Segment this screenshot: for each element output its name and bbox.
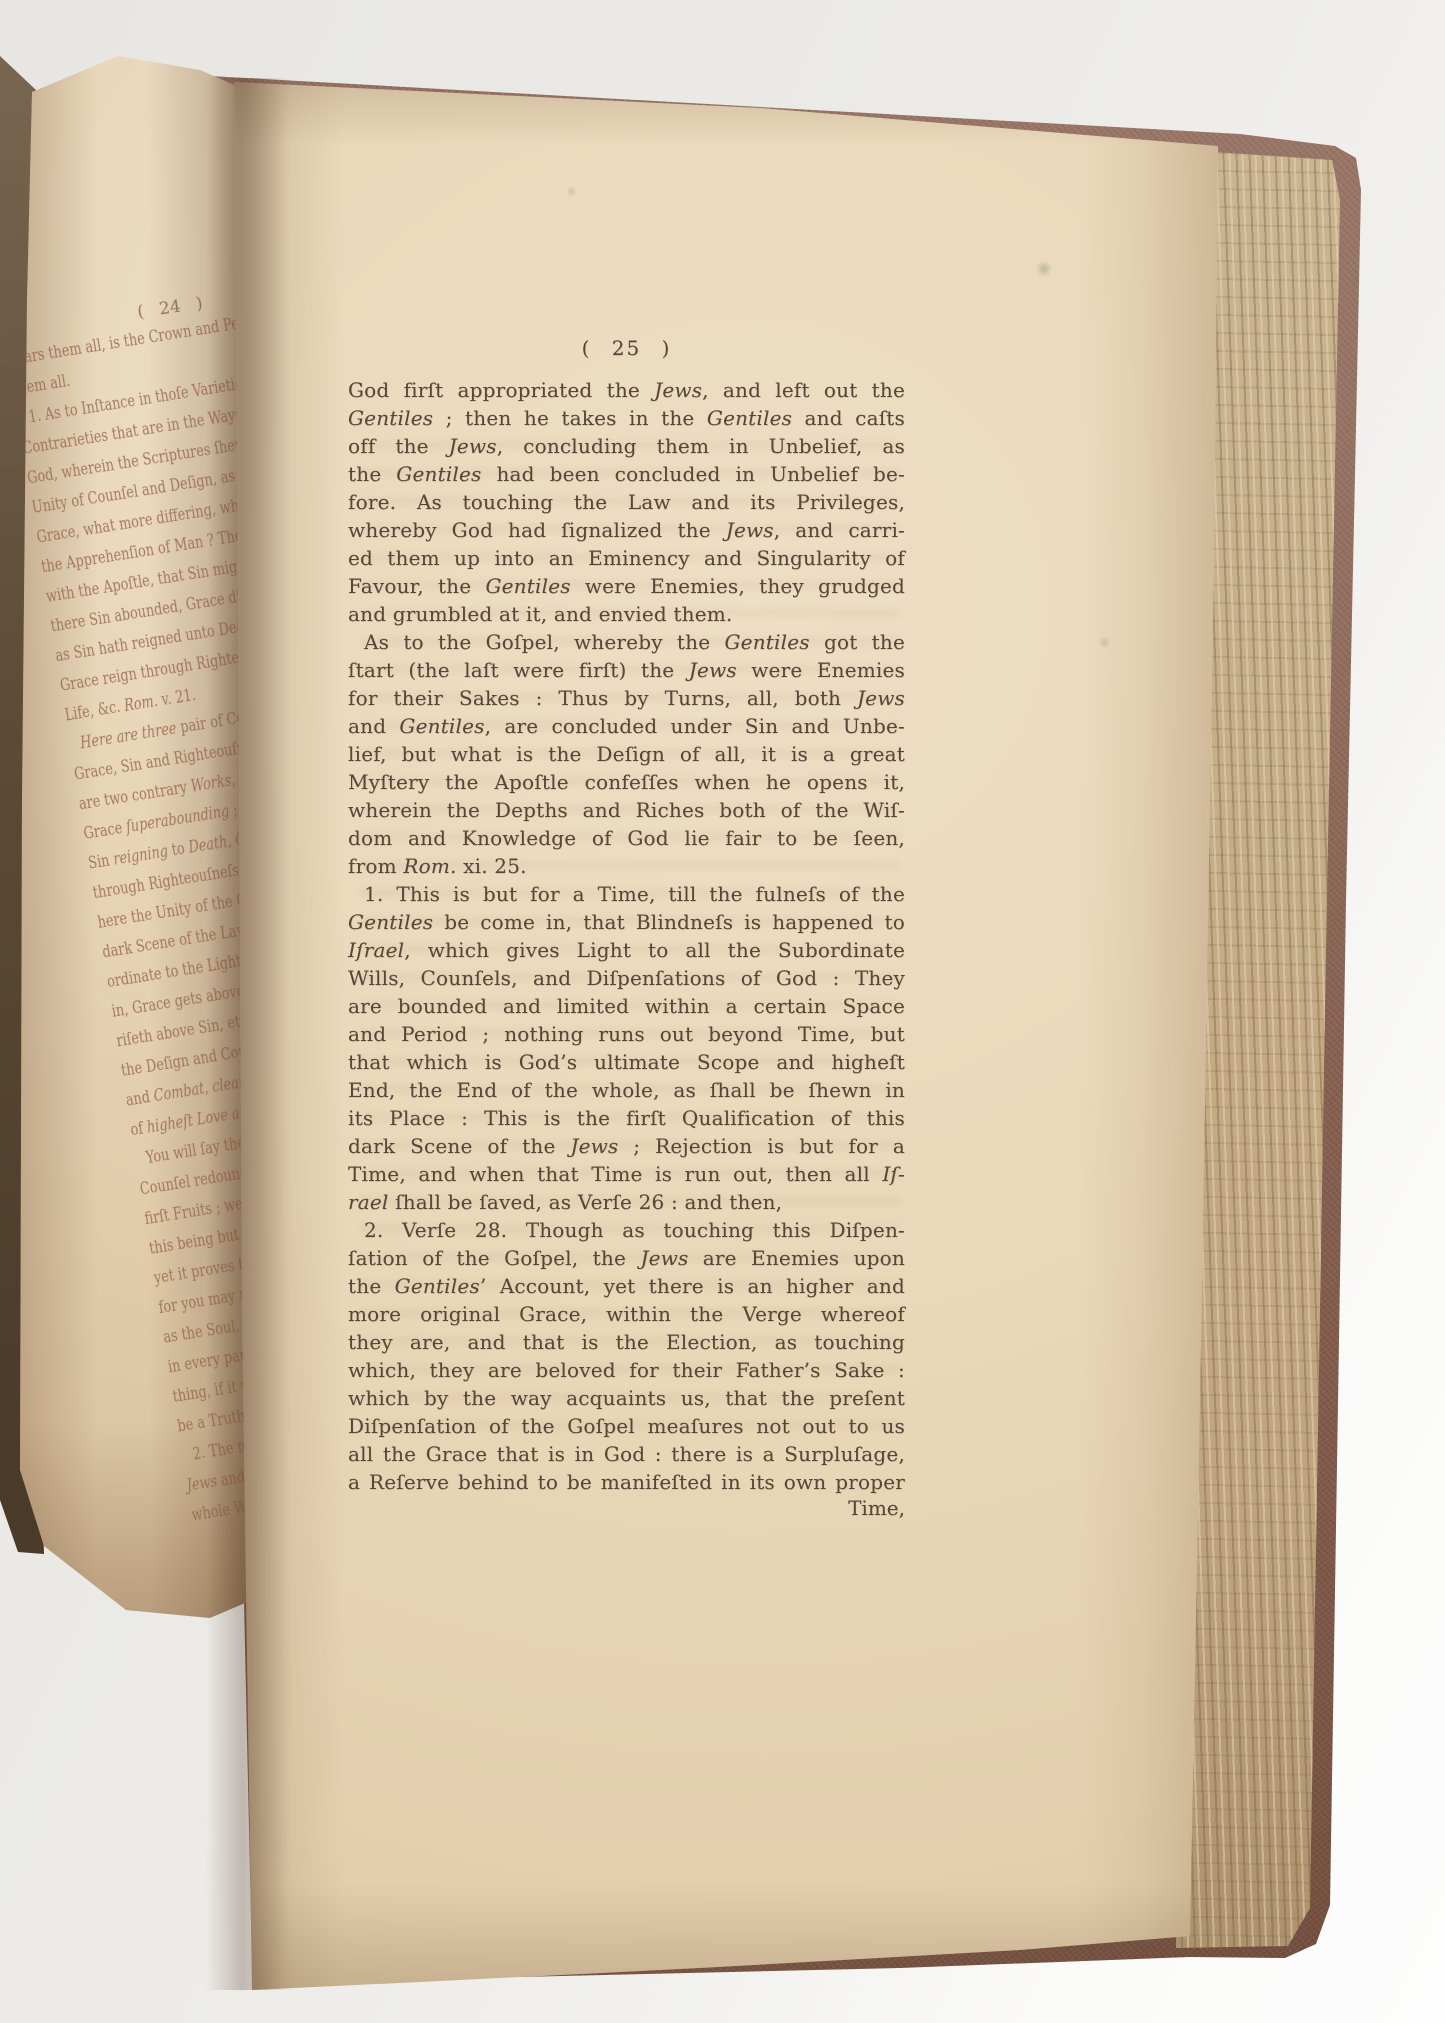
text-line: Gentiles ; then he takes in the Gentiles… bbox=[348, 404, 905, 432]
right-page-bottom-shadow bbox=[240, 1882, 1200, 1994]
gutter-shadow bbox=[206, 78, 292, 1990]
text-line: which by the way acquaints us, that the … bbox=[348, 1384, 905, 1412]
text-line: off the Jews, concluding them in Unbelie… bbox=[348, 432, 905, 460]
book-photo: ( 24 ) bears them all, is the Crown and … bbox=[0, 0, 1445, 2023]
text-line: dark Scene of the Jews ; Rejection is bu… bbox=[348, 1132, 905, 1160]
right-page-top-shadow bbox=[234, 82, 1222, 146]
text-line: Time, and when that Time is run out, the… bbox=[348, 1160, 905, 1188]
text-line: End, the End of the whole, as ſhall be ſ… bbox=[348, 1076, 905, 1104]
text-line: As to the Goſpel, whereby the Gentiles g… bbox=[348, 628, 905, 656]
right-page-text: God firſt appropriated the Jews, and lef… bbox=[348, 376, 905, 1496]
text-line: a Reſerve behind to be manifeſted in its… bbox=[348, 1468, 905, 1496]
text-line: for their Sakes : Thus by Turns, all, bo… bbox=[348, 684, 905, 712]
text-line: and grumbled at it, and envied them. bbox=[348, 600, 905, 628]
text-line: Diſpenſation of the Goſpel meaſures not … bbox=[348, 1412, 905, 1440]
text-line: and Gentiles, are concluded under Sin an… bbox=[348, 712, 905, 740]
text-line: Gentiles be come in, that Blindneſs is h… bbox=[348, 908, 905, 936]
text-line: dom and Knowledge of God lie fair to be … bbox=[348, 824, 905, 852]
text-line: Favour, the Gentiles were Enemies, they … bbox=[348, 572, 905, 600]
text-line: 1. This is but for a Time, till the fuln… bbox=[348, 880, 905, 908]
text-line: whereby God had ſignalized the Jews, and… bbox=[348, 516, 905, 544]
text-line: from Rom. xi. 25. bbox=[348, 852, 905, 880]
catchword: Time, bbox=[348, 1496, 905, 1520]
foxing-spot bbox=[566, 186, 577, 197]
text-line: the Gentiles had been concluded in Unbel… bbox=[348, 460, 905, 488]
text-line: they are, and that is the Election, as t… bbox=[348, 1328, 905, 1356]
text-line: God firſt appropriated the Jews, and lef… bbox=[348, 376, 905, 404]
text-line: wherein the Depths and Riches both of th… bbox=[348, 796, 905, 824]
text-line: its Place : This is the firſt Qualificat… bbox=[348, 1104, 905, 1132]
text-line: and Period ; nothing runs out beyond Tim… bbox=[348, 1020, 905, 1048]
text-line: ſation of the Goſpel, the Jews are Enemi… bbox=[348, 1244, 905, 1272]
text-line: all the Grace that is in God : there is … bbox=[348, 1440, 905, 1468]
right-page-number: ( 25 ) bbox=[348, 336, 905, 360]
text-line: which, they are beloved for their Father… bbox=[348, 1356, 905, 1384]
text-line: Iſrael, which gives Light to all the Sub… bbox=[348, 936, 905, 964]
foxing-spot bbox=[1098, 636, 1111, 649]
text-line: lief, but what is the Deſign of all, it … bbox=[348, 740, 905, 768]
text-line: 2. Verſe 28. Though as touching this Diſ… bbox=[348, 1216, 905, 1244]
foxing-spot bbox=[1036, 260, 1052, 278]
text-line: Myſtery the Apoſtle confeſſes when he op… bbox=[348, 768, 905, 796]
text-line: rael ſhall be ſaved, as Verſe 26 : and t… bbox=[348, 1188, 905, 1216]
text-line: that which is God’s ultimate Scope and h… bbox=[348, 1048, 905, 1076]
text-line: fore. As touching the Law and its Privil… bbox=[348, 488, 905, 516]
text-line: are bounded and limited within a certain… bbox=[348, 992, 905, 1020]
text-line: more original Grace, within the Verge wh… bbox=[348, 1300, 905, 1328]
text-line: the Gentiles’ Account, yet there is an h… bbox=[348, 1272, 905, 1300]
text-line: ſtart (the laſt were firſt) the Jews wer… bbox=[348, 656, 905, 684]
text-line: ed them up into an Eminency and Singular… bbox=[348, 544, 905, 572]
text-line: Wills, Counſels, and Diſpenſations of Go… bbox=[348, 964, 905, 992]
